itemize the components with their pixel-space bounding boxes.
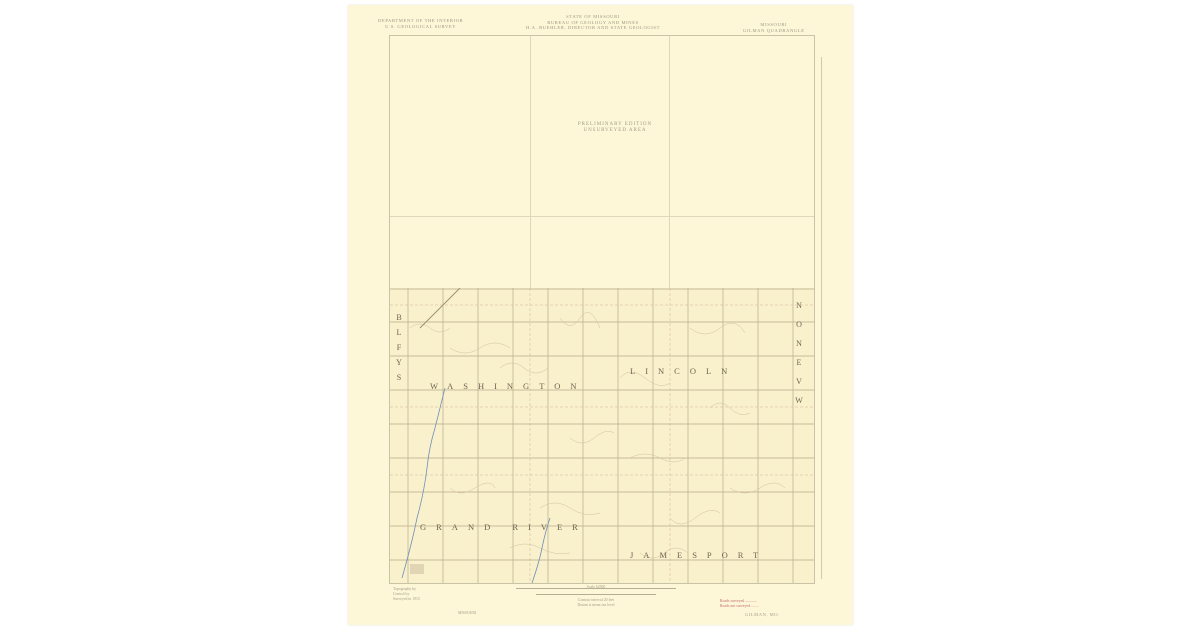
map-neatline: PRELIMINARY EDITION UNSURVEYED AREA <box>389 35 815 584</box>
vletter: N <box>794 334 804 353</box>
township-label-jamesport: JAMESPORT <box>630 550 768 560</box>
legend-label: Roads not surveyed <box>720 604 750 608</box>
township-label-grand-river: GRAND RIVER <box>420 522 588 532</box>
vletter: S <box>394 370 404 385</box>
header-left-line2: U.S. GEOLOGICAL SURVEY <box>378 24 463 30</box>
legend-roads-not-surveyed: Roads not surveyed – – – <box>720 604 800 609</box>
scale-title: Scale 62500 <box>516 585 676 590</box>
vletter: E <box>794 353 804 372</box>
datum-note: Datum is mean sea level <box>516 603 676 608</box>
bottom-center-label: MISSOURI <box>458 611 476 616</box>
credits-note: Topography by Control by Surveyed in 191… <box>393 587 420 602</box>
header-left: DEPARTMENT OF THE INTERIOR U.S. GEOLOGIC… <box>378 18 463 29</box>
vletter: O <box>794 315 804 334</box>
map-sheet: DEPARTMENT OF THE INTERIOR U.S. GEOLOGIC… <box>348 5 853 625</box>
scale-bar: Scale 62500 Contour interval 20 feet Dat… <box>516 585 676 608</box>
right-vertical-label: N O N E V W <box>794 296 804 410</box>
right-margin-scale <box>821 57 822 579</box>
header-right: MISSOURI GILMAN QUADRANGLE <box>743 22 805 33</box>
quadrangle-name: GILMAN, MO. <box>745 612 780 617</box>
unsurveyed-area-note: PRELIMINARY EDITION UNSURVEYED AREA <box>560 122 670 134</box>
header-center-line3: H.A. BUEHLER, DIRECTOR AND STATE GEOLOGI… <box>526 25 660 31</box>
header-right-line2: GILMAN QUADRANGLE <box>743 28 805 34</box>
vletter: N <box>794 296 804 315</box>
header-left-line1: DEPARTMENT OF THE INTERIOR <box>378 18 463 24</box>
township-label-washington: WASHINGTON <box>430 381 587 391</box>
prelim-line2: UNSURVEYED AREA <box>560 128 670 134</box>
topographic-linework <box>390 288 814 583</box>
legend: Roads surveyed ——— Roads not surveyed – … <box>720 599 800 609</box>
vletter: W <box>794 391 804 410</box>
left-vertical-label: B L F Y S <box>394 310 404 385</box>
credit-line: Surveyed in 1915 <box>393 597 420 602</box>
grid-line <box>390 216 814 217</box>
vletter: L <box>394 325 404 340</box>
vletter: Y <box>394 355 404 370</box>
township-label-lincoln: LINCOLN <box>630 366 737 376</box>
surveyed-map-area[interactable]: WASHINGTON LINCOLN GRAND RIVER JAMESPORT… <box>390 288 814 583</box>
header-center: STATE OF MISSOURI BUREAU OF GEOLOGY AND … <box>526 14 660 31</box>
legend-label: Roads surveyed <box>720 599 744 603</box>
vletter: B <box>394 310 404 325</box>
vletter: F <box>394 340 404 355</box>
vletter: V <box>794 372 804 391</box>
scale-line <box>536 594 656 595</box>
